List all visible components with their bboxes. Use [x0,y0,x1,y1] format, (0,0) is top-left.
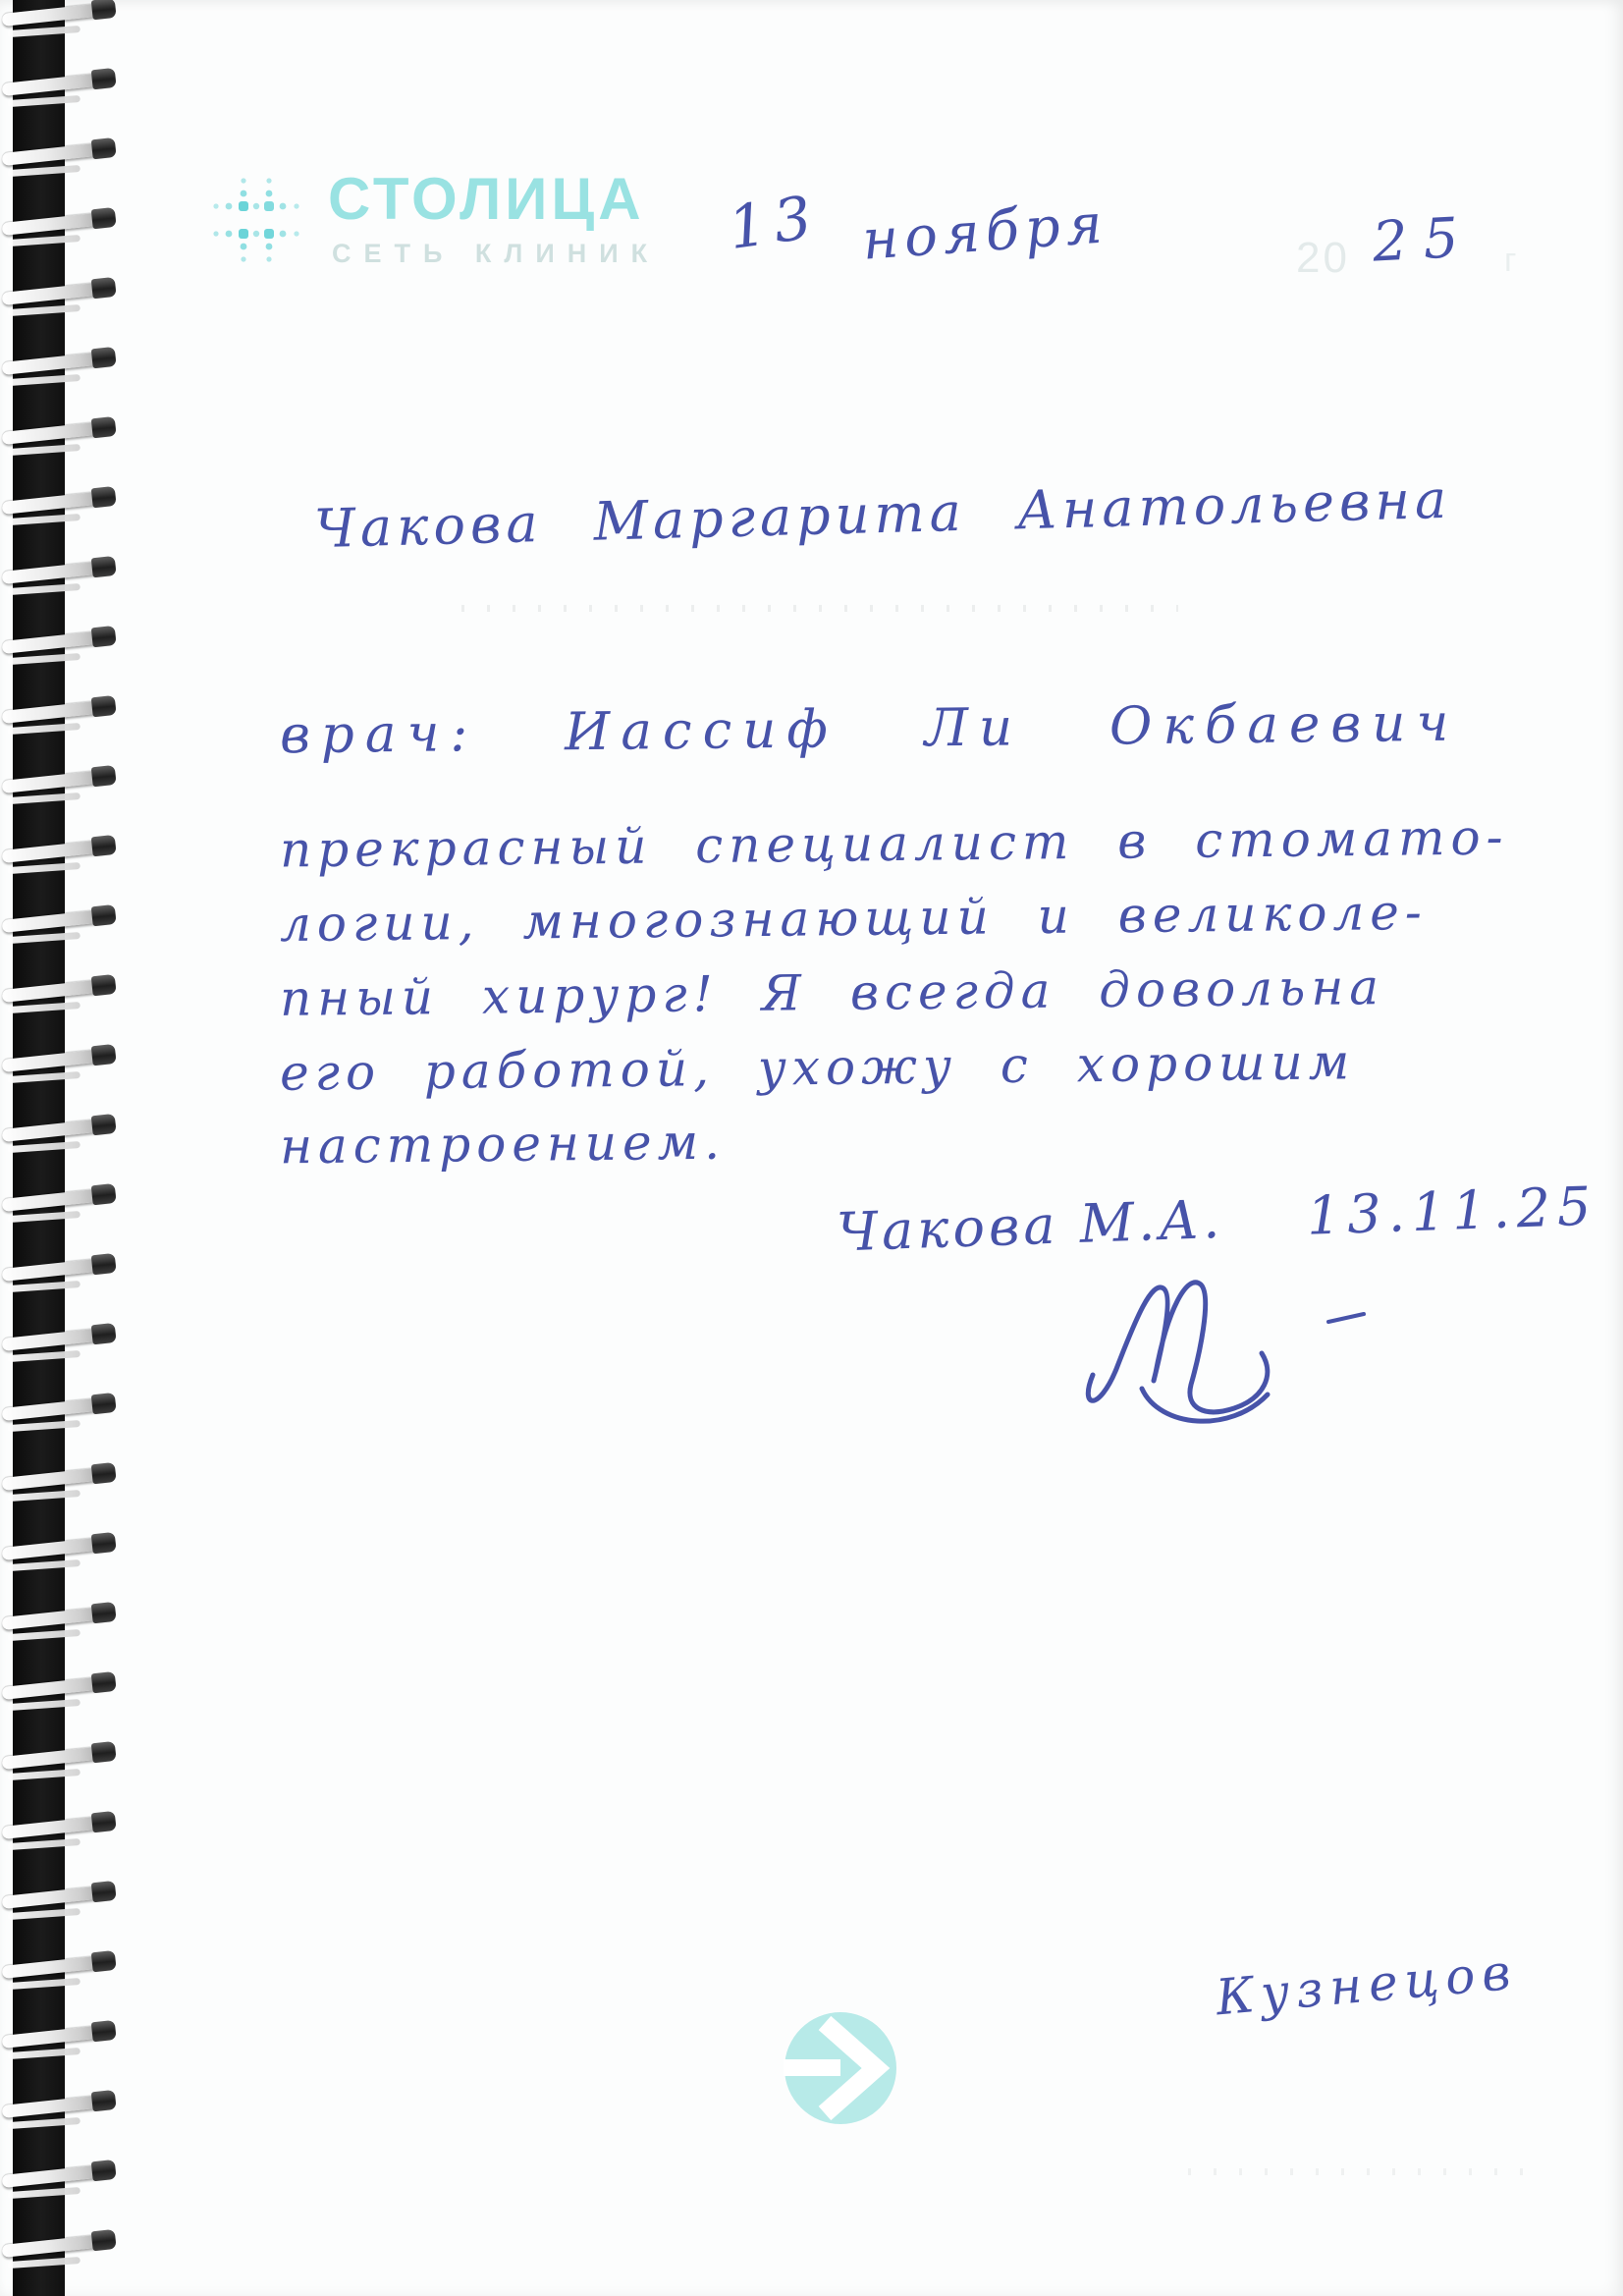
faint-printed-label [1188,2168,1532,2175]
review-text-line: настроением. [280,1114,727,1175]
clinic-logo-subtitle: СЕТЬ КЛИНИК [332,239,660,269]
review-text-line: врач: Иассиф Ли Окбаевич [280,693,1460,766]
handwritten-signoff: Чакова М.А.13.11.25 [836,1175,1598,1263]
review-text-line: пный хирург! Я всегда довольна [280,958,1385,1027]
scanned-review-page: СТОЛИЦА СЕТЬ КЛИНИК 13 ноября 20 25 г Ча… [0,0,1623,2296]
handwritten-year: 25 [1371,205,1476,274]
arrow-right-circle-icon [780,2009,905,2136]
review-text-line: логии, многознающий и великоле- [280,884,1428,953]
review-text-line: прекрасный специалист в стомато- [280,808,1509,878]
handwritten-date-day: 13 [725,183,824,263]
printed-year-suffix: г [1504,242,1516,280]
signoff-name: Чакова М.А. [836,1188,1224,1264]
clinic-logo-dots-cross-icon [208,173,306,271]
signature-flourish [1065,1259,1389,1441]
printed-year-prefix: 20 [1296,234,1350,283]
clinic-logo-title: СТОЛИЦА [328,165,645,233]
review-text-line: его работой, ухожу с хорошим [280,1033,1356,1101]
handwritten-date-month: ноября [860,191,1110,272]
faint-printed-rule [461,605,1178,612]
handwritten-footer-name: Кузнецов [1214,1943,1519,2027]
signoff-date: 13.11.25 [1306,1175,1598,1246]
handwritten-patient-name: Чакова Маргарита Анатольевна [313,468,1452,560]
